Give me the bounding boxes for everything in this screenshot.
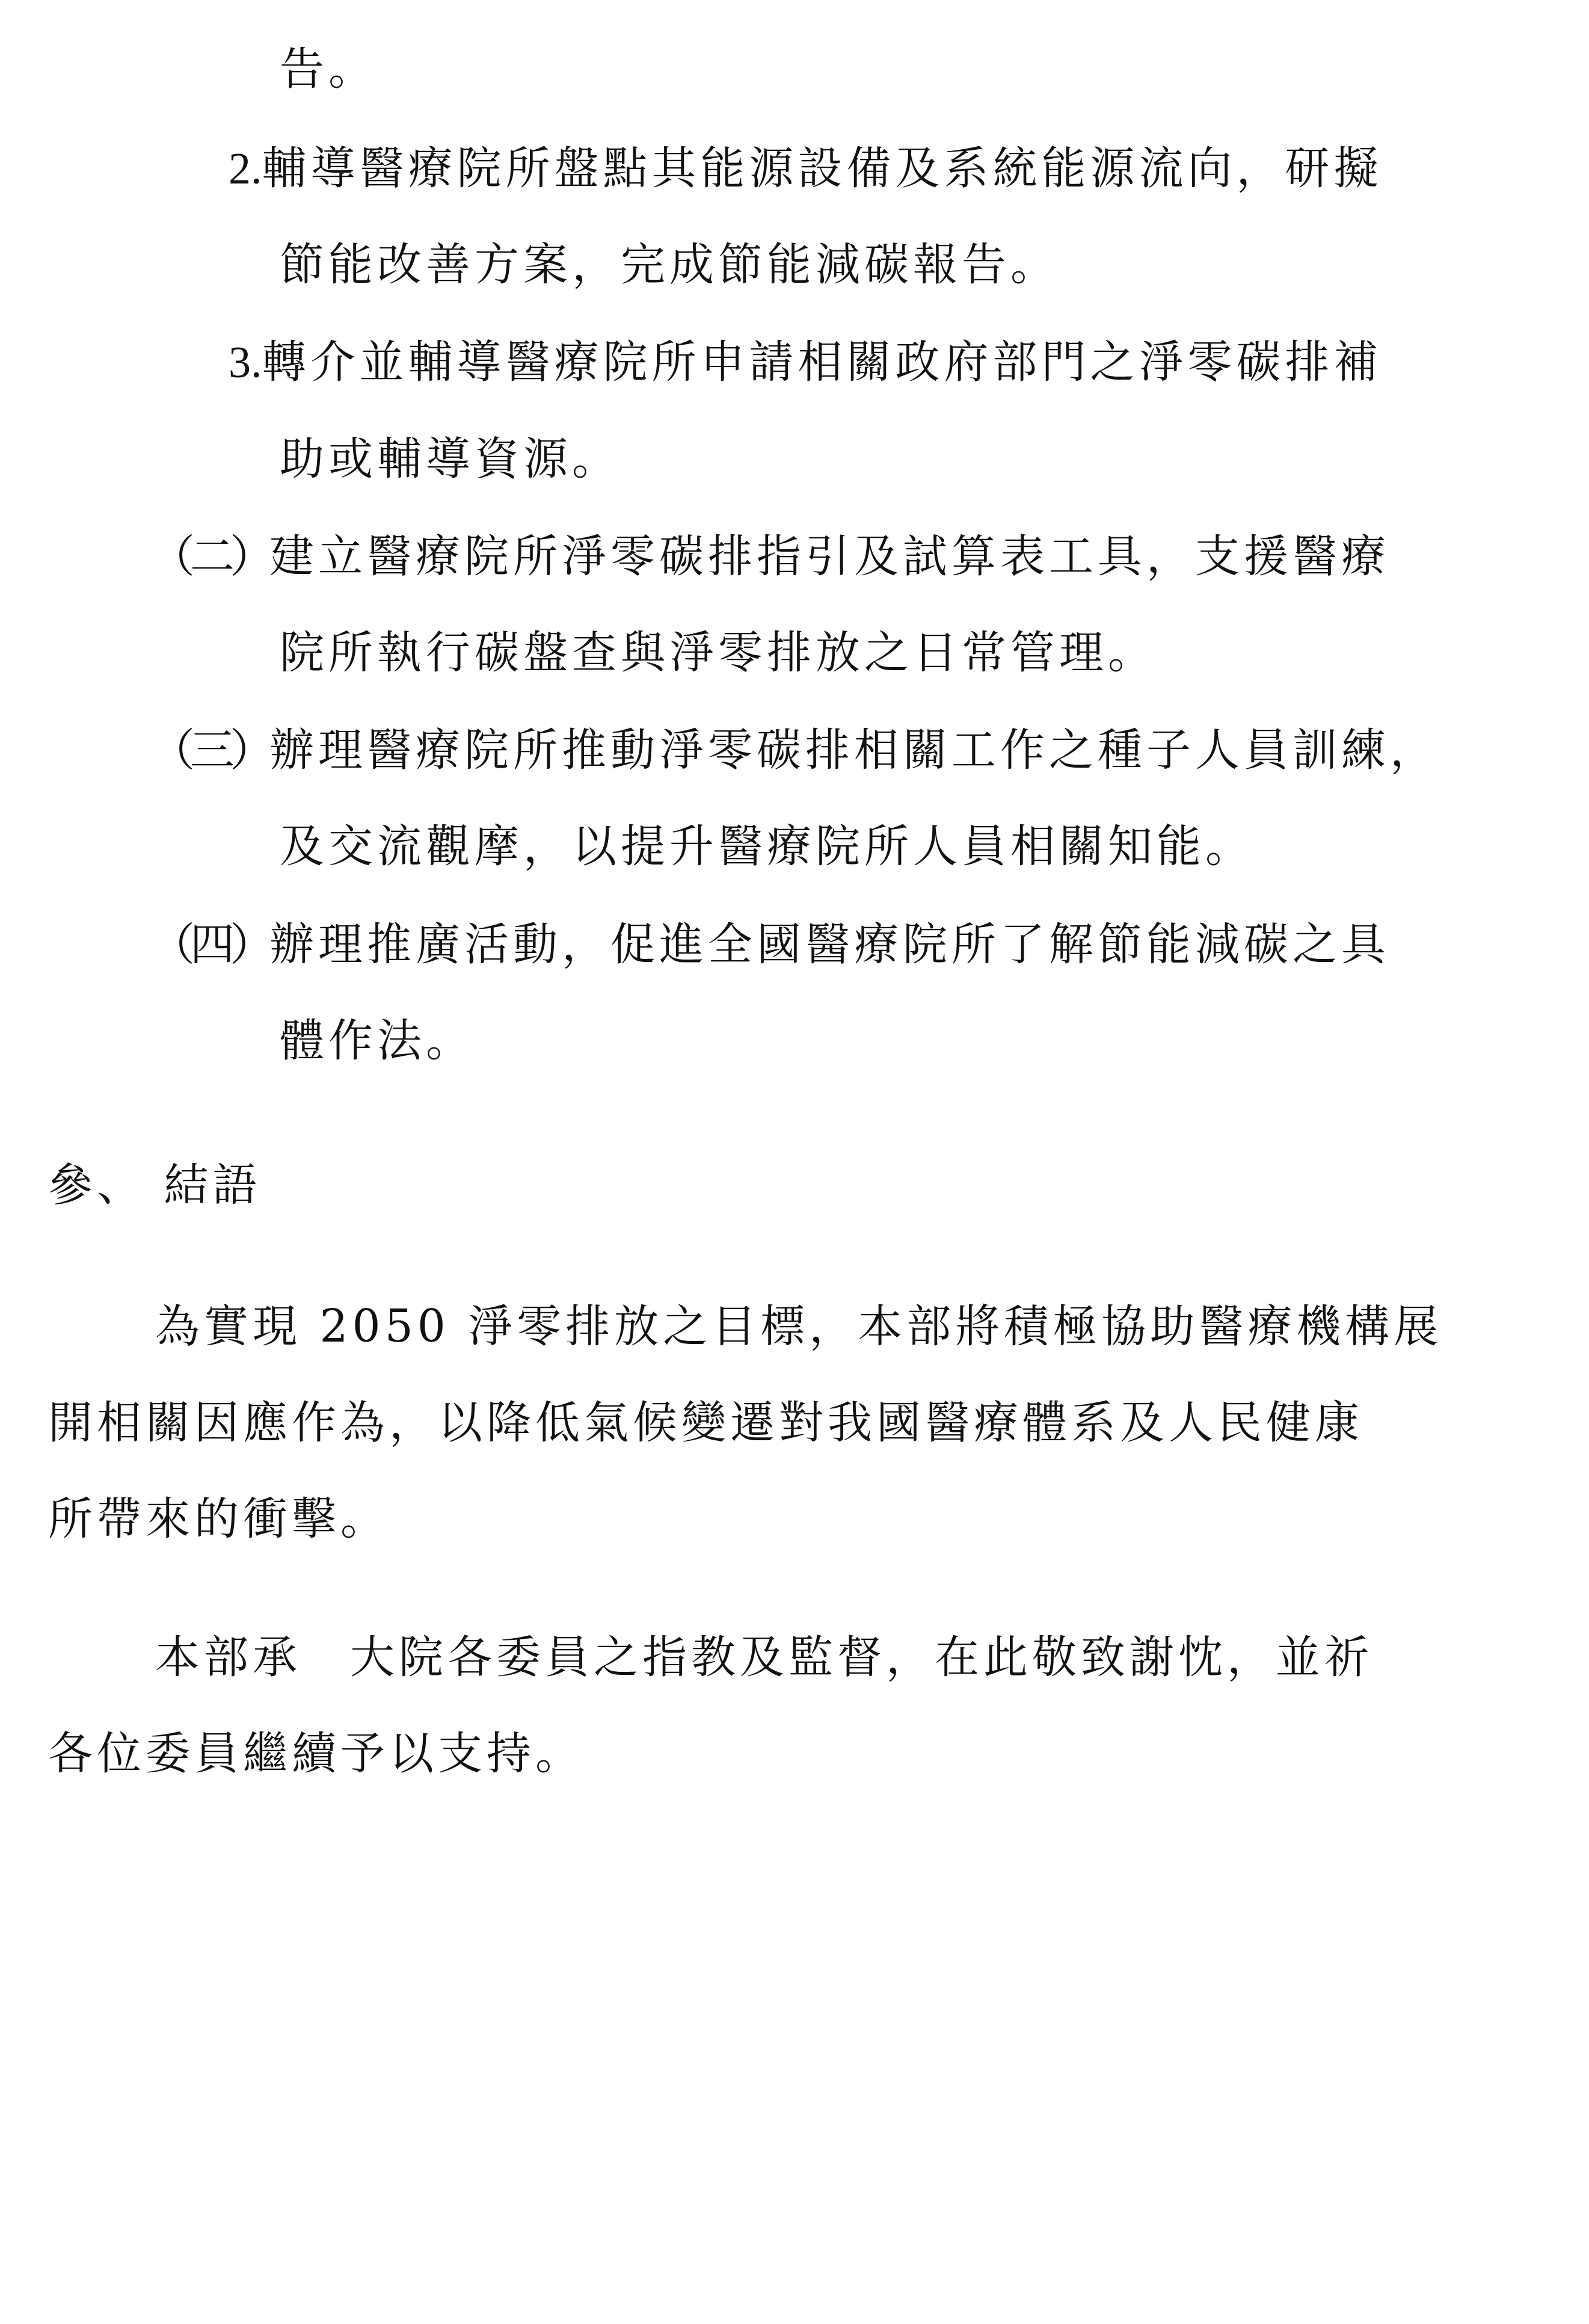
- list-item-number: 2.: [229, 144, 262, 194]
- list-item-text: 輔導醫療院所盤點其能源設備及系統能源流向，研擬: [262, 143, 1383, 194]
- item1-continuation: 告。: [280, 42, 377, 96]
- list-item-2-continuation: 節能改善方案，完成節能減碳報告。: [280, 238, 1059, 292]
- subsection-number: （四）: [150, 919, 269, 970]
- subsection-2: （二）建立醫療院所淨零碳排指引及試算表工具，支援醫療: [150, 529, 1390, 584]
- list-item-text: 轉介並輔導醫療院所申請相關政府部門之淨零碳排補: [262, 336, 1383, 388]
- section-heading-conclusion: 參、 結語: [48, 1158, 262, 1212]
- subsection-number: （三）: [150, 724, 269, 776]
- conclusion-paragraph-1-line-1: 為實現 2050 淨零排放之目標，本部將積極協助醫療機構展: [155, 1299, 1442, 1354]
- subsection-3-continuation: 及交流觀摩，以提升醫療院所人員相關知能。: [280, 819, 1254, 874]
- list-item-3: 3.轉介並輔導醫療院所申請相關政府部門之淨零碳排補: [229, 335, 1383, 390]
- conclusion-paragraph-1-line-2: 開相關因應作為，以降低氣候變遷對我國醫療體系及人民健康: [48, 1396, 1363, 1450]
- conclusion-paragraph-2-line-1: 本部承 大院各委員之指教及監督，在此敬致謝忱，並祈: [155, 1630, 1373, 1684]
- list-item-number: 3.: [229, 338, 262, 387]
- subsection-4: （四）辦理推廣活動，促進全國醫療院所了解節能減碳之具: [150, 917, 1390, 972]
- subsection-number: （二）: [150, 531, 269, 582]
- conclusion-paragraph-2-line-2: 各位委員繼續予以支持。: [48, 1727, 584, 1781]
- subsection-text: 建立醫療院所淨零碳排指引及試算表工具，支援醫療: [269, 531, 1390, 582]
- subsection-4-continuation: 體作法。: [280, 1014, 475, 1068]
- list-item-3-continuation: 助或輔導資源。: [280, 432, 621, 486]
- subsection-text: 辦理推廣活動，促進全國醫療院所了解節能減碳之具: [269, 919, 1390, 970]
- subsection-2-continuation: 院所執行碳盤查與淨零排放之日常管理。: [280, 626, 1157, 680]
- list-item-2: 2.輔導醫療院所盤點其能源設備及系統能源流向，研擬: [229, 141, 1383, 196]
- subsection-text: 辦理醫療院所推動淨零碳排相關工作之種子人員訓練，: [269, 724, 1439, 776]
- conclusion-paragraph-1-line-3: 所帶來的衝擊。: [48, 1492, 389, 1546]
- subsection-3: （三）辦理醫療院所推動淨零碳排相關工作之種子人員訓練，: [150, 723, 1439, 777]
